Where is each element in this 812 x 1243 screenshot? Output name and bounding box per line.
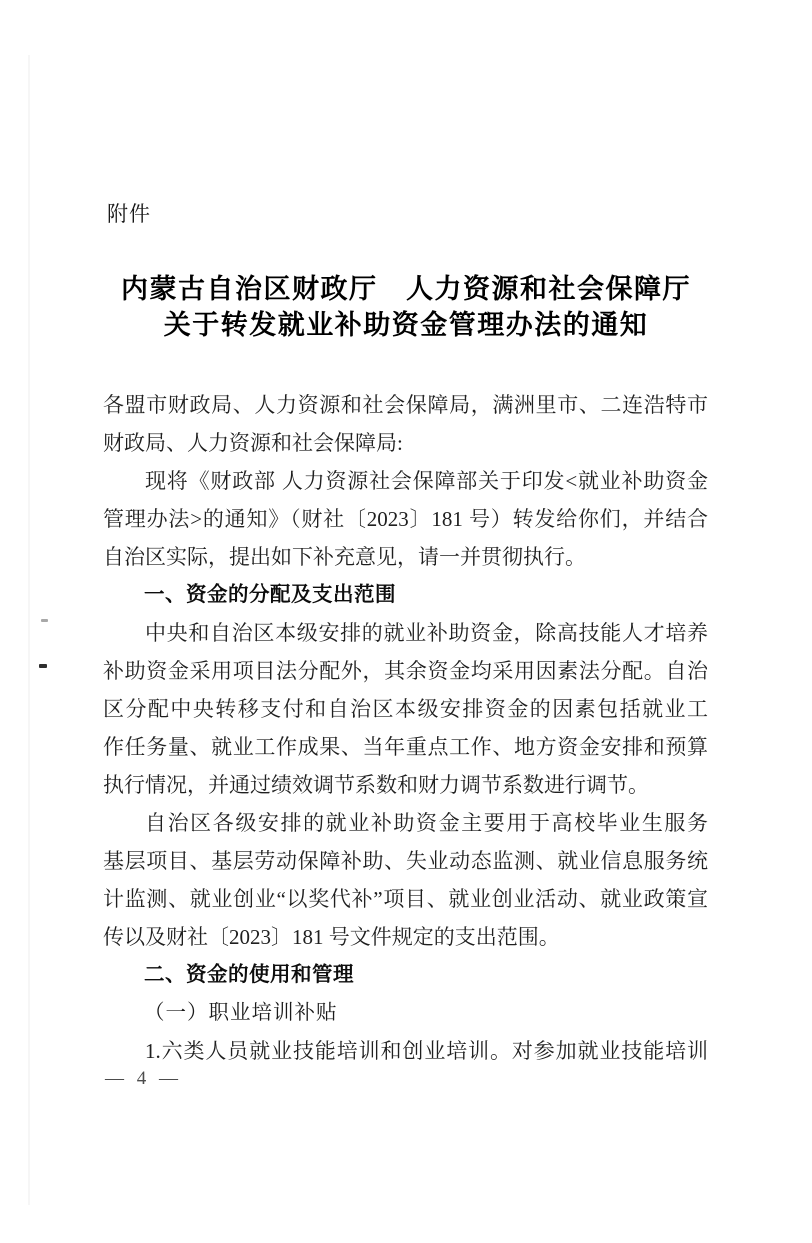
document-title-line-1: 内蒙古自治区财政厅 人力资源和社会保障厅: [100, 271, 712, 307]
attachment-label: 附件: [107, 202, 151, 228]
document-title-line-2: 关于转发就业补助资金管理办法的通知: [100, 307, 712, 343]
document-page: 附件 内蒙古自治区财政厅 人力资源和社会保障厅 关于转发就业补助资金管理办法的通…: [0, 0, 812, 1243]
document-text-line: 自治区各级安排的就业补助资金主要用于高校毕业生服务: [103, 804, 708, 842]
document-title: 内蒙古自治区财政厅 人力资源和社会保障厅 关于转发就业补助资金管理办法的通知: [100, 271, 712, 343]
document-text-line: 一、资金的分配及支出范围: [103, 576, 708, 614]
document-text-line: 二、资金的使用和管理: [103, 956, 708, 994]
page-number-footer: — 4 —: [105, 1066, 182, 1092]
document-text-line: 补助资金采用项目法分配外，其余资金均采用因素法分配。自治: [103, 652, 708, 690]
document-text-line: 自治区实际，提出如下补充意见，请一并贯彻执行。: [103, 538, 708, 576]
document-text-line: 1.六类人员就业技能培训和创业培训。对参加就业技能培训: [103, 1032, 708, 1070]
document-text-line: 基层项目、基层劳动保障补助、失业动态监测、就业信息服务统: [103, 842, 708, 880]
document-text-line: 传以及财社〔2023〕181 号文件规定的支出范围。: [103, 918, 708, 956]
document-text-line: 执行情况，并通过绩效调节系数和财力调节系数进行调节。: [103, 766, 708, 804]
document-body: 各盟市财政局、人力资源和社会保障局，满洲里市、二连浩特市财政局、人力资源和社会保…: [103, 386, 708, 1070]
scan-speck-artifact: [41, 619, 48, 622]
document-text-line: 各盟市财政局、人力资源和社会保障局，满洲里市、二连浩特市: [103, 386, 708, 424]
document-text-line: 计监测、就业创业“以奖代补”项目、就业创业活动、就业政策宣: [103, 880, 708, 918]
document-text-line: 区分配中央转移支付和自治区本级安排资金的因素包括就业工: [103, 690, 708, 728]
scan-speck-artifact: [39, 664, 47, 668]
scan-edge-artifact: [28, 55, 30, 1205]
document-text-line: （一）职业培训补贴: [103, 994, 708, 1032]
document-text-line: 管理办法>的通知》（财社〔2023〕181 号）转发给你们，并结合: [103, 500, 708, 538]
document-text-line: 财政局、人力资源和社会保障局:: [103, 424, 708, 462]
document-text-line: 作任务量、就业工作成果、当年重点工作、地方资金安排和预算: [103, 728, 708, 766]
document-text-line: 中央和自治区本级安排的就业补助资金，除高技能人才培养: [103, 614, 708, 652]
document-text-line: 现将《财政部 人力资源社会保障部关于印发<就业补助资金: [103, 462, 708, 500]
